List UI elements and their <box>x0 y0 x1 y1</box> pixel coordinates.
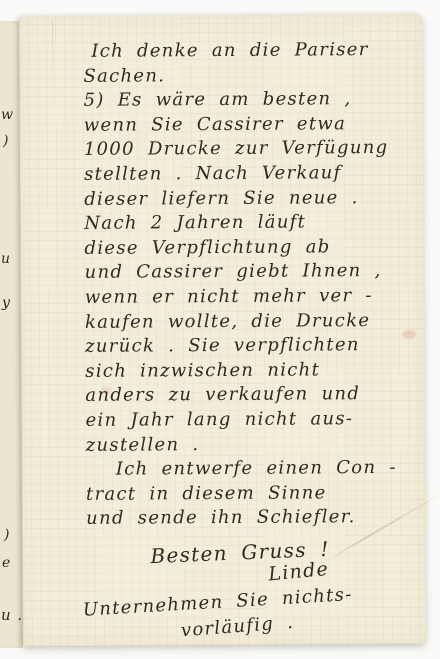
letter-line: zustellen . <box>86 431 422 458</box>
letter-line: wenn Sie Cassirer etwa <box>84 112 420 139</box>
letter-text: Ich denke an die Pariser Sachen. 5) Es w… <box>83 38 423 639</box>
partial-stroke: y <box>2 296 11 310</box>
partial-stroke: ) <box>3 134 9 148</box>
letter-line: Sachen. <box>83 62 419 89</box>
fold-crease-top-left <box>52 20 54 115</box>
letter-line: Ich entwerfe einen Con - <box>86 456 422 483</box>
letter-line: und Cassirer giebt Ihnen , <box>85 259 421 286</box>
letter-line: und sende ihn Schiefler. <box>86 505 422 532</box>
letter-line: Nach 2 Jahren läuft <box>84 210 420 237</box>
letter-line: sich inzwischen nicht <box>85 358 421 385</box>
partial-stroke: w <box>1 108 14 122</box>
letter-line: diese Verpflichtung ab <box>84 235 420 262</box>
letter-line: dieser liefern Sie neue . <box>84 185 420 212</box>
letter-line: kaufen wollte, die Drucke <box>85 308 421 335</box>
letter-line: zurück . Sie verpflichten <box>85 333 421 360</box>
letter-line: wenn er nicht mehr ver - <box>85 284 421 311</box>
letter-page: Ich denke an die Pariser Sachen. 5) Es w… <box>19 14 426 646</box>
letter-line: tract in diesem Sinne <box>86 480 422 507</box>
letter-line: ein Jahr lang nicht aus- <box>85 407 421 434</box>
letter-line: 5) Es wäre am besten , <box>84 87 420 114</box>
partial-stroke: ) <box>4 528 10 542</box>
partial-stroke: u . <box>1 608 23 622</box>
letter-photograph: w ) u y ) e u . Ich denke an die Pariser… <box>0 0 440 659</box>
partial-stroke: u <box>1 252 11 266</box>
letter-line: stellten . Nach Verkauf <box>84 161 420 188</box>
letter-line: 1000 Drucke zur Verfügung <box>84 136 420 163</box>
letter-line: Ich denke an die Pariser <box>83 38 419 65</box>
partial-stroke: e <box>2 556 11 570</box>
letter-line: anders zu verkaufen und <box>85 382 421 409</box>
